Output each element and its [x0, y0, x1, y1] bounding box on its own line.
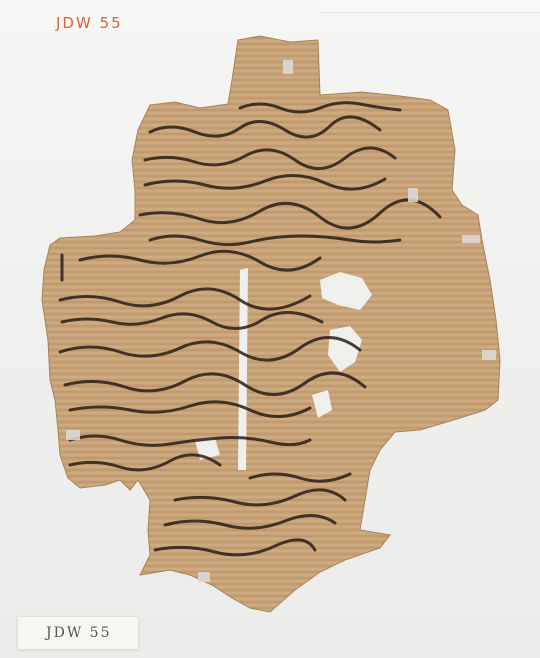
catalog-card: JDW 55 [17, 616, 139, 650]
catalog-card-label: JDW 55 [46, 625, 112, 641]
papyrus-fragment [0, 0, 540, 658]
